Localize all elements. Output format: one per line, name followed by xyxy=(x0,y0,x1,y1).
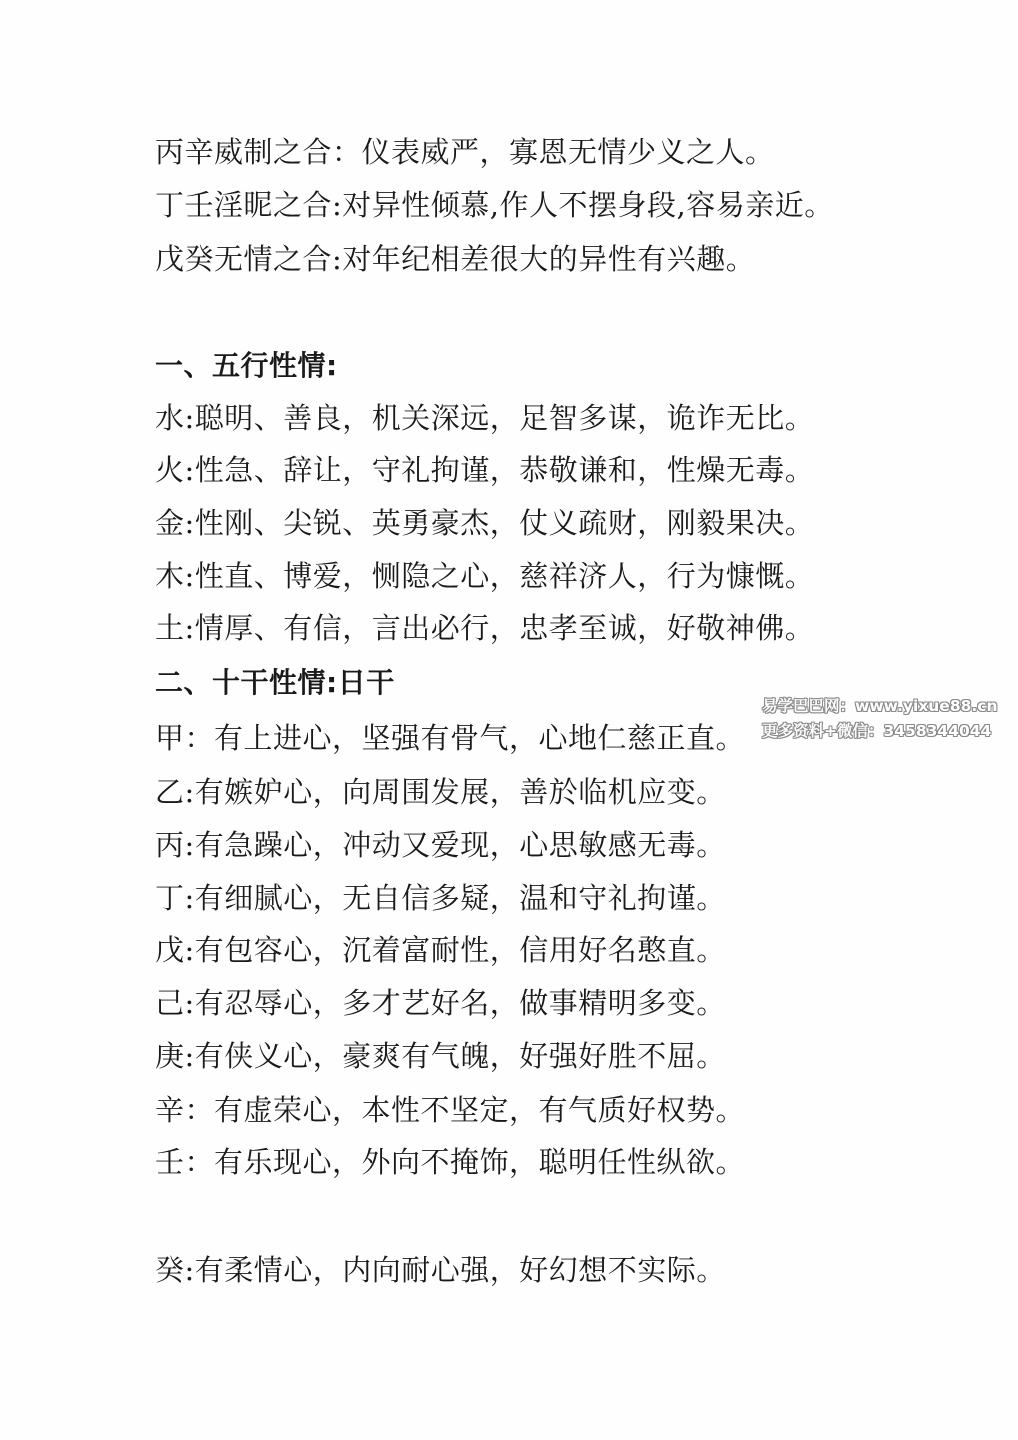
watermark-site: 易学巴巴网：www.yixue88.cn xyxy=(762,694,998,719)
element-fire: 火:性急、辞让，守礼拘谨，恭敬谦和，性燥无毒。 xyxy=(155,452,814,488)
section-heading-five-elements: 一、五行性情: xyxy=(155,348,338,384)
stem-wu: 戊:有包容心，沉着富耐性，信用好名憨直。 xyxy=(155,932,726,968)
element-earth: 土:情厚、有信，言出必行，忠孝至诚，好敬神佛。 xyxy=(155,610,814,646)
stem-ding: 丁:有细腻心，无自信多疑，温和守礼拘谨。 xyxy=(155,880,726,916)
stem-ji: 己:有忍辱心，多才艺好名，做事精明多变。 xyxy=(155,985,726,1021)
stem-xin: 辛：有虚荣心，本性不坚定，有气质好权势。 xyxy=(155,1092,745,1128)
stem-yi: 乙:有嫉妒心，向周围发展，善於临机应变。 xyxy=(155,774,726,810)
document-page: 丙辛威制之合：仪表威严，寡恩无情少义之人。 丁壬淫昵之合:对异性倾慕,作人不摆身… xyxy=(0,0,1018,1440)
combination-wugui: 戊癸无情之合:对年纪相差很大的异性有兴趣。 xyxy=(155,241,755,277)
section-heading-ten-stems: 二、十干性情:日干 xyxy=(155,665,395,701)
watermark-contact: 更多资料+微信：3458344044 xyxy=(762,719,998,744)
element-metal: 金:性刚、尖锐、英勇豪杰，仗义疏财，刚毅果决。 xyxy=(155,505,814,541)
stem-gui: 癸:有柔情心，内向耐心强，好幻想不实际。 xyxy=(155,1252,726,1288)
stem-geng: 庚:有侠义心，豪爽有气魄，好强好胜不屈。 xyxy=(155,1038,726,1074)
stem-bing: 丙:有急躁心，冲动又爱现，心思敏感无毒。 xyxy=(155,827,726,863)
watermark: 易学巴巴网：www.yixue88.cn 更多资料+微信：3458344044 xyxy=(762,694,998,744)
combination-dingren: 丁壬淫昵之合:对异性倾慕,作人不摆身段,容易亲近。 xyxy=(155,187,834,223)
combination-bingxin: 丙辛威制之合：仪表威严，寡恩无情少义之人。 xyxy=(155,134,775,170)
element-water: 水:聪明、善良，机关深远，足智多谋，诡诈无比。 xyxy=(155,400,814,436)
stem-jia: 甲：有上进心，坚强有骨气，心地仁慈正直。 xyxy=(155,720,745,756)
element-wood: 木:性直、博爱，恻隐之心，慈祥济人，行为慷慨。 xyxy=(155,558,814,594)
stem-ren: 壬：有乐现心，外向不掩饰，聪明任性纵欲。 xyxy=(155,1144,745,1180)
